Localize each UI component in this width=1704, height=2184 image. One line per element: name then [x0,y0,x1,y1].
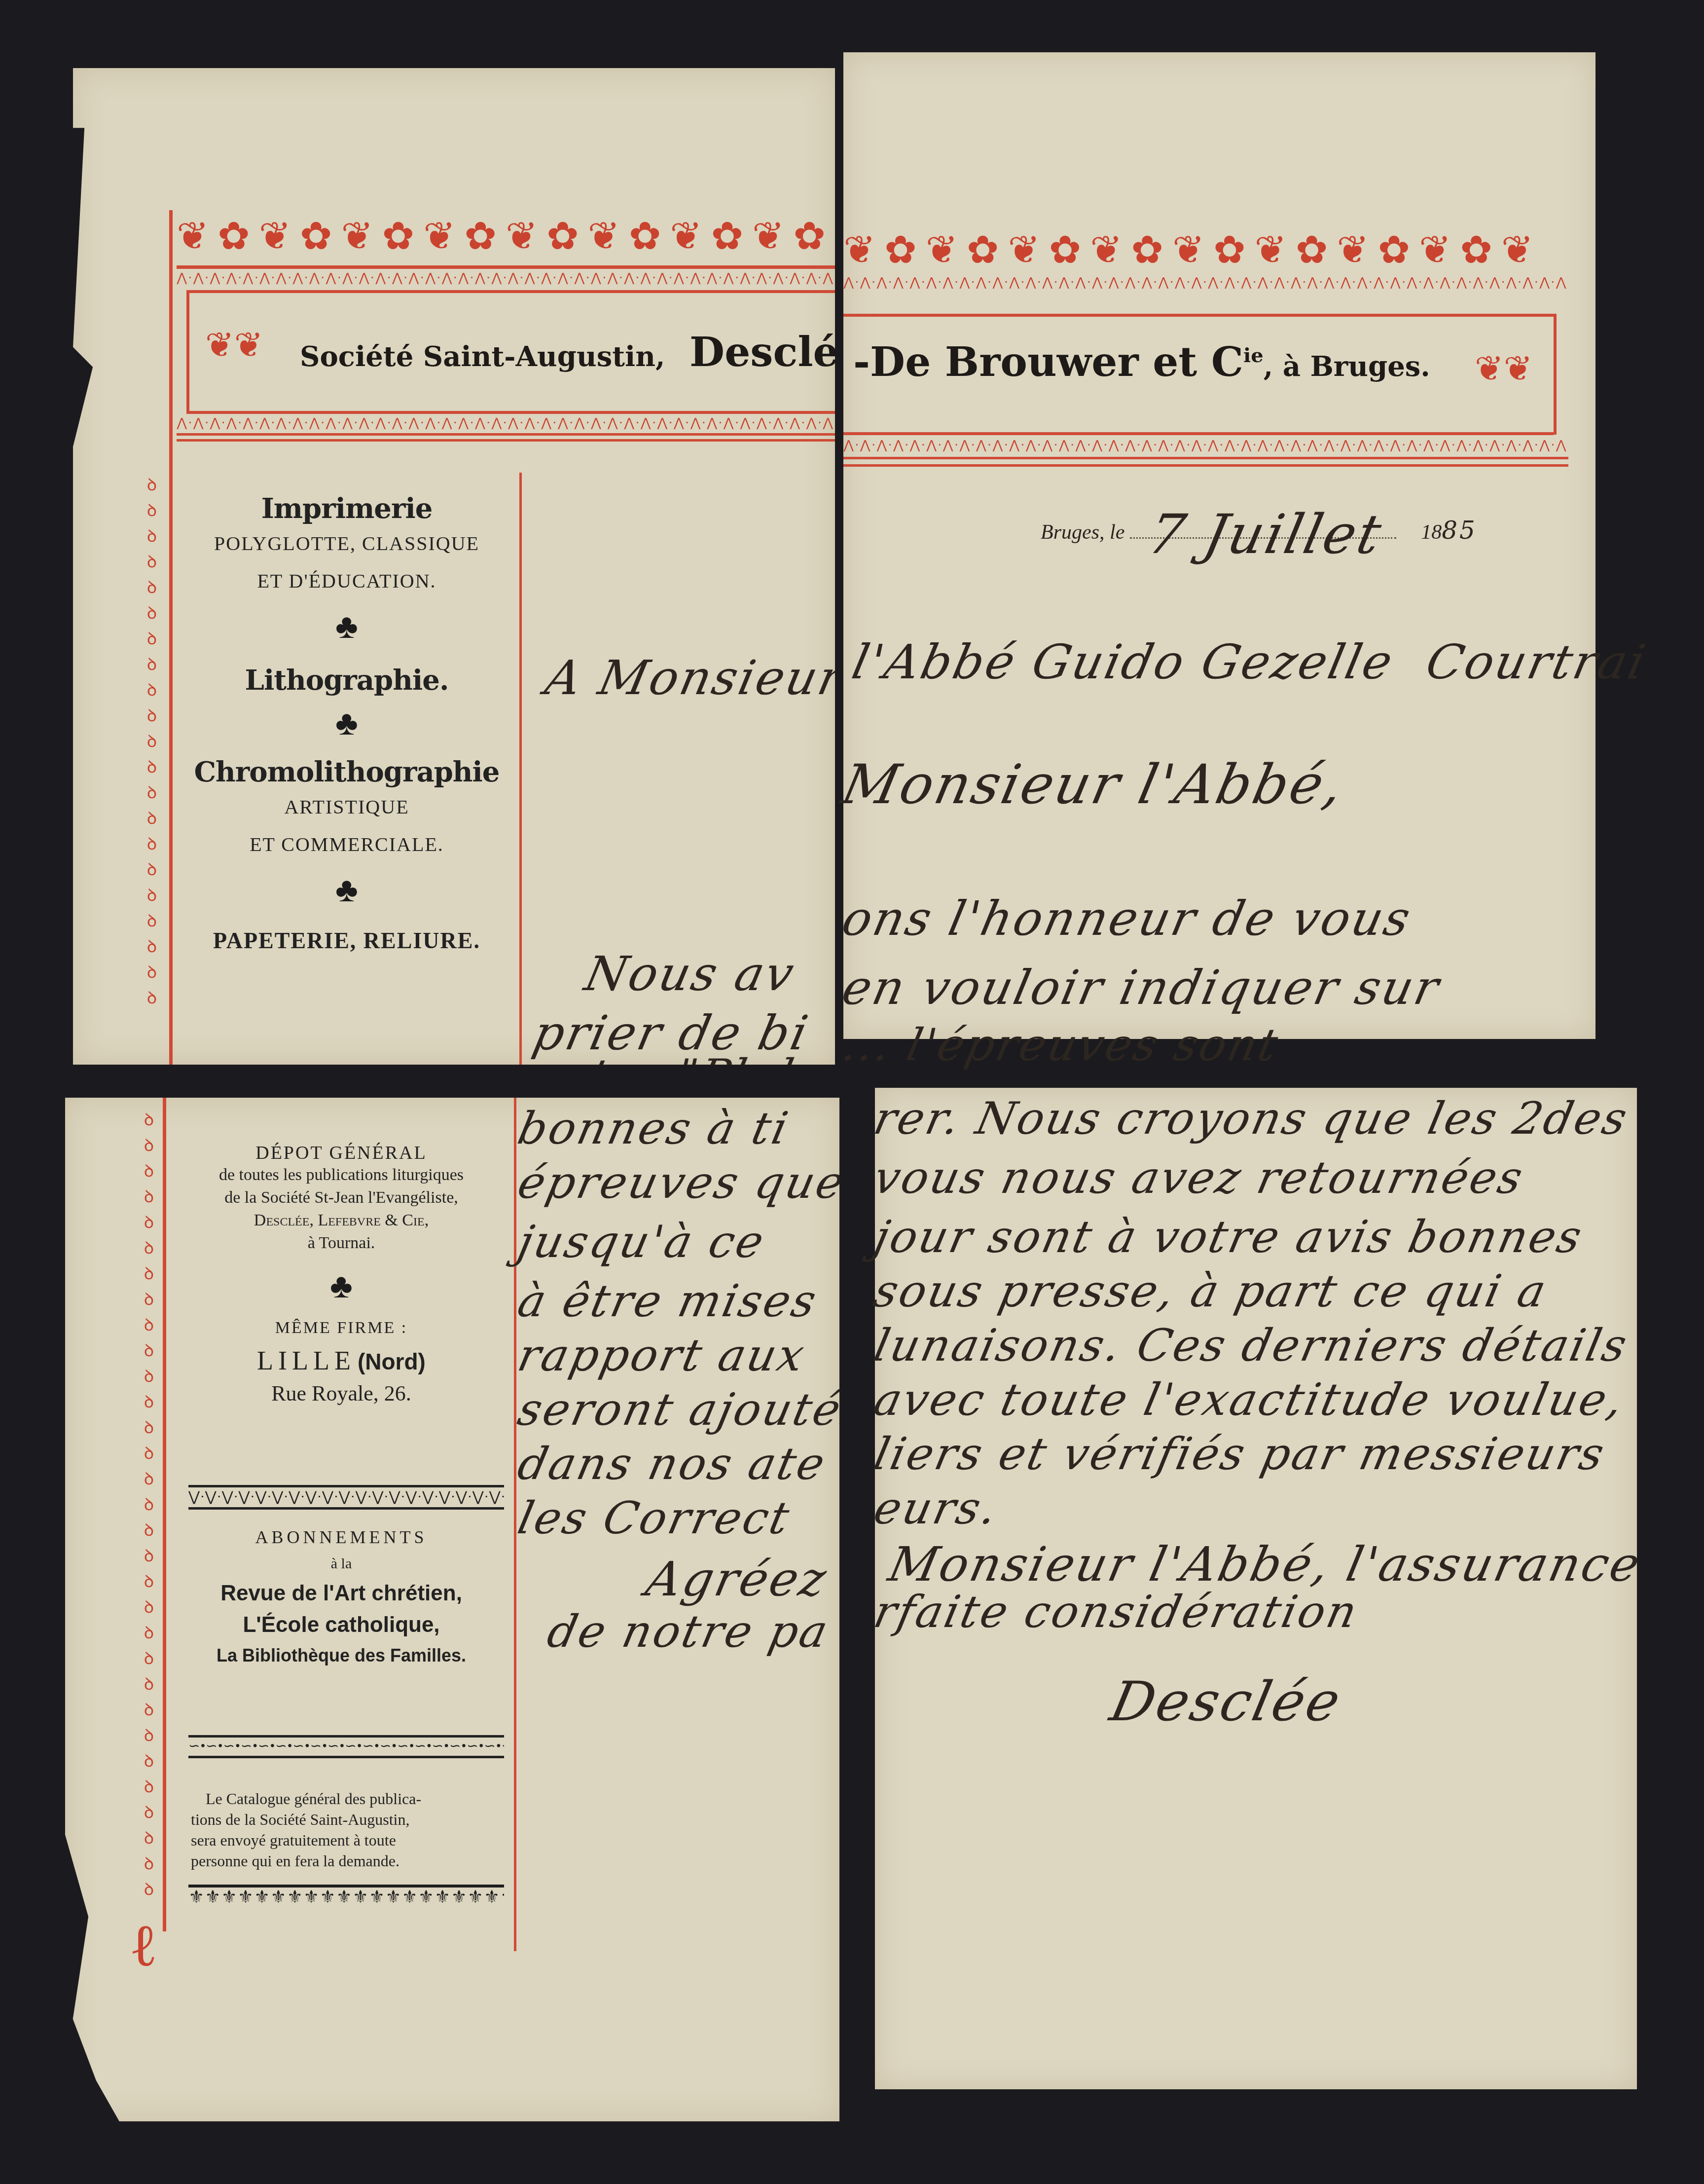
club-trefoil-icon: ♣ [174,1264,509,1309]
red-zigzag-border: ⋀⋅⋀⋅⋀⋅⋀⋅⋀⋅⋀⋅⋀⋅⋀⋅⋀⋅⋀⋅⋀⋅⋀⋅⋀⋅⋀⋅⋀⋅⋀⋅⋀⋅⋀⋅⋀⋅⋀⋅… [177,272,835,284]
section-line: ET D'ÉDUCATION. [177,562,517,600]
handwritten-body: épreuves que [513,1157,850,1209]
sidebar-services: Imprimerie POLYGLOTTE, CLASSIQUE ET D'ÉD… [177,492,517,954]
masthead-de-brouwer: -De Brouwer et C [853,338,1243,386]
handwritten-recipient-part: A Monsieur [541,650,849,705]
subscription-title: La Bibliothèque des Familles. [174,1645,509,1666]
handwritten-body: en vouloir indiquer sur [837,960,1446,1015]
handwritten-body: rer. Nous croyons que les 2des [870,1093,1633,1145]
section-title-imprimerie: Imprimerie [177,492,517,525]
sidebar-depot: DÉPOT GÉNÉRAL de toutes les publications… [174,1142,509,1406]
section-title-chromolithographie: Chromolithographie [177,756,517,788]
red-column-divider [514,1098,516,1951]
floral-vine-border: ❦✿❦✿❦✿❦✿❦✿❦✿❦✿❦✿ [177,201,835,256]
depot-line: de toutes les publications liturgiques [174,1164,509,1186]
lille-address: Rue Royale, 26. [174,1381,509,1406]
catalogue-line: tions de la Société Saint-Augustin, [191,1809,502,1830]
lille-city: LILLE [257,1346,356,1375]
red-box-top [186,290,835,293]
red-vertical-rule [163,1098,166,1931]
handwritten-body: avec toute l'exactitude voulue, [870,1374,1630,1426]
year-printed: 18 [1421,521,1442,544]
catalogue-line: Le Catalogue général des publica- [191,1788,502,1809]
section-line: ET COMMERCIALE. [177,826,517,863]
paper-fragment-top-left: ꝺꝺꝺꝺꝺꝺꝺꝺꝺꝺꝺꝺꝺꝺꝺꝺꝺꝺꝺꝺꝺ ❦✿❦✿❦✿❦✿❦✿❦✿❦✿❦✿ ⋀… [73,68,835,1065]
depot-line: à Tournai. [174,1232,509,1255]
year-handwritten: 85 [1442,516,1477,545]
depot-line: Desclée, Lefebvre & Cie, [174,1209,509,1232]
handwritten-body: les Correct [513,1492,796,1544]
handwritten-body: bonnes à ti [513,1103,794,1154]
date-dotted-field: 7 Juillet [1130,537,1396,539]
lille-region: (Nord) [358,1349,426,1374]
red-rule [843,464,1568,467]
handwritten-recipient: l'Abbé Guido Gezelle Courtrai [847,634,1652,690]
handwritten-body: rapport aux [513,1330,811,1381]
red-rule [177,433,835,436]
black-rule [188,1756,504,1758]
handwritten-body: lunaisons. Ces derniers détails [870,1320,1633,1371]
fleur-de-lis-border: ⚜⚜⚜⚜⚜⚜⚜⚜⚜⚜⚜⚜⚜⚜⚜⚜⚜⚜⚜⚜ [188,1887,504,1912]
masthead-bruges: , à Bruges. [1264,350,1430,383]
red-zigzag-border: ⋀⋅⋀⋅⋀⋅⋀⋅⋀⋅⋀⋅⋀⋅⋀⋅⋀⋅⋀⋅⋀⋅⋀⋅⋀⋅⋀⋅⋀⋅⋀⋅⋀⋅⋀⋅⋀⋅⋀⋅… [177,417,835,429]
section-title-lithographie: Lithographie. [177,664,517,697]
section-line: POLYGLOTTE, CLASSIQUE [177,525,517,562]
masthead-superscript: ie [1243,344,1264,367]
handwritten-body: dans nos ate [513,1438,831,1490]
handwritten-closing: Monsieur l'Abbé, l'assurance [884,1537,1646,1592]
masthead-society: Société Saint-Augustin, Desclé [300,329,839,376]
red-box-left [186,290,189,413]
section-title-papeterie: PAPETERIE, RELIURE. [177,927,517,954]
date-line: Bruges, le 7 Juillet 1885 [1041,516,1477,545]
handwritten-closing: rfaite considération [870,1586,1363,1638]
red-rule [843,457,1568,459]
paper-fragment-top-right: ❦✿❦✿❦✿❦✿❦✿❦✿❦✿❦✿❦ ⋀⋅⋀⋅⋀⋅⋀⋅⋀⋅⋀⋅⋀⋅⋀⋅⋀⋅⋀⋅⋀⋅… [843,52,1595,1039]
handwritten-body: Nous av [580,946,800,1001]
black-rule [188,1735,504,1738]
black-rule [188,1507,504,1510]
red-zigzag-border: ⋀⋅⋀⋅⋀⋅⋀⋅⋀⋅⋀⋅⋀⋅⋀⋅⋀⋅⋀⋅⋀⋅⋀⋅⋀⋅⋀⋅⋀⋅⋀⋅⋀⋅⋀⋅⋀⋅⋀⋅… [843,440,1568,451]
red-box-bottom [843,432,1554,435]
depot-line: de la Société St-Jean l'Evangéliste, [174,1186,509,1209]
masthead-firm: -De Brouwer et Cie, à Bruges. [853,338,1430,386]
subscription-title: Revue de l'Art chrétien, [174,1581,509,1606]
subscription-title: L'École catholique, [174,1613,509,1637]
red-box-right [1554,314,1557,435]
handwritten-closing: de notre pa [543,1606,834,1658]
black-wave-divider: ∽•∽•∽•∽•∽•∽•∽•∽•∽•∽•∽•∽•∽•∽•∽•∽•∽•∽•∽•∽•… [188,1739,504,1754]
handwritten-body: ons l'honneur de vous [837,891,1417,946]
subscriptions-heading: ABONNEMENTS [174,1527,509,1548]
club-trefoil-icon: ♣ [177,868,517,913]
floral-vine-border: ❦✿❦✿❦✿❦✿❦✿❦✿❦✿❦✿❦ [843,215,1568,269]
black-zigzag-divider: ⋁⋅⋁⋅⋁⋅⋁⋅⋁⋅⋁⋅⋁⋅⋁⋅⋁⋅⋁⋅⋁⋅⋁⋅⋁⋅⋁⋅⋁⋅⋁⋅⋁⋅⋁⋅⋁⋅⋁⋅… [188,1490,504,1505]
handwritten-date: 7 Juillet [1143,503,1388,566]
subscriptions-sub: à la [174,1555,509,1572]
masthead-desclee: Desclé [689,329,839,376]
handwritten-body: ... l'épreuves sont [838,1019,1284,1071]
catalogue-line: sera envoyé gratuitement à toute [191,1830,502,1851]
handwritten-body: vous nous avez retournées [870,1152,1529,1204]
sidebar-subscriptions: ABONNEMENTS à la Revue de l'Art chrétien… [174,1527,509,1666]
red-scroll-border: ꝺꝺꝺꝺꝺꝺꝺꝺꝺꝺꝺꝺꝺꝺꝺꝺꝺꝺꝺꝺꝺ [142,473,162,1011]
red-vertical-rule [169,210,173,1065]
red-column-divider [519,473,522,1065]
catalogue-line: personne qui en fera la demande. [191,1851,502,1871]
club-trefoil-icon: ♣ [177,702,517,746]
handwritten-body: jour sont à votre avis bonnes [870,1211,1588,1263]
depot-heading: DÉPOT GÉNÉRAL [174,1142,509,1164]
paper-fragment-bottom-right: rer. Nous croyons que les 2des vous nous… [875,1088,1637,2089]
red-zigzag-border: ⋀⋅⋀⋅⋀⋅⋀⋅⋀⋅⋀⋅⋀⋅⋀⋅⋀⋅⋀⋅⋀⋅⋀⋅⋀⋅⋀⋅⋀⋅⋀⋅⋀⋅⋀⋅⋀⋅⋀⋅… [843,277,1568,289]
section-line: ARTISTIQUE [177,788,517,826]
black-rule [188,1485,504,1487]
masthead-left-text: Société Saint-Augustin, [300,340,665,373]
red-scroll-border: ꝺꝺꝺꝺꝺꝺꝺꝺꝺꝺꝺꝺꝺꝺꝺꝺꝺꝺꝺꝺꝺꝺꝺꝺꝺꝺꝺꝺꝺꝺꝺ [139,1108,159,1903]
red-rule [177,265,835,269]
ornament-icon: ❦❦ [1475,348,1532,389]
handwritten-closing: Agréez [641,1552,833,1607]
handwritten-body: eurs. [870,1482,1003,1534]
handwritten-salutation: Monsieur l'Abbé, [836,753,1350,816]
handwritten-body: jusqu'à ce [513,1216,770,1268]
handwritten-body: liers et vérifiés par messieurs [870,1428,1610,1480]
signature: Desclée [1105,1670,1347,1733]
ornament-icon: ❦❦ [205,325,263,366]
handwritten-body: seront ajoutés [513,1384,872,1436]
catalogue-note: Le Catalogue général des publica- tions … [191,1788,502,1871]
same-firm-heading: MÊME FIRME : [174,1319,509,1337]
red-box-bottom [186,411,835,414]
handwritten-body: votre "Pluk [529,1050,813,1102]
red-box-top [843,314,1554,317]
date-prefix: Bruges, le [1041,521,1124,544]
red-rule [177,439,835,442]
handwritten-body: à être mises [513,1275,823,1327]
paper-fragment-bottom-left: ꝺꝺꝺꝺꝺꝺꝺꝺꝺꝺꝺꝺꝺꝺꝺꝺꝺꝺꝺꝺꝺꝺꝺꝺꝺꝺꝺꝺꝺꝺꝺ ℓ DÉPOT … [65,1098,839,2121]
club-trefoil-icon: ♣ [177,605,517,649]
handwritten-body: sous presse, à part ce qui a [870,1265,1552,1317]
red-flourish-icon: ℓ [129,1912,157,1980]
